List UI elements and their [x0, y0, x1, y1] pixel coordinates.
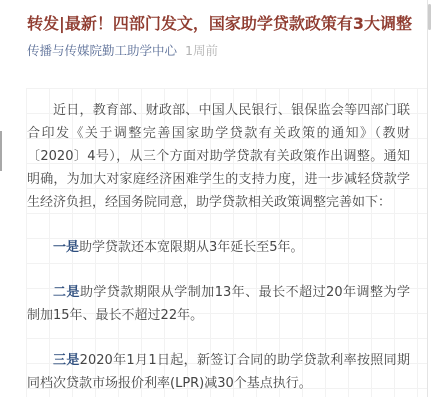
paragraph-lead: 二是	[53, 285, 80, 300]
paragraph-text: 助学贷款还本宽限期从3年延长至5年。	[79, 240, 304, 255]
paragraph-text: 近日，教育部、财政部、中国人民银行、银保监会等四部门联合印发《关于调整完善国家助…	[27, 103, 410, 210]
article-paragraph: 近日，教育部、财政部、中国人民银行、银保监会等四部门联合印发《关于调整完善国家助…	[27, 99, 410, 214]
paragraph-text: 助学贷款期限从学制加13年、最长不超过20年调整为学制加15年、最长不超过22年…	[27, 285, 410, 323]
author-link[interactable]: 传播与传媒院勤工助学中心	[27, 43, 177, 58]
byline: 传播与传媒院勤工助学中心1周前	[27, 43, 410, 59]
article-content: 转发|最新！四部门发文，国家助学贷款政策有3大调整 传播与传媒院勤工助学中心1周…	[0, 12, 438, 395]
publish-time: 1周前	[185, 43, 218, 58]
paragraph-lead: 三是	[53, 353, 80, 368]
article-paragraph: 一是助学贷款还本宽限期从3年延长至5年。	[27, 236, 410, 259]
paragraph-text: 2020年1月1日起，新签订合同的助学贷款利率按照同期同档次贷款市场报价利率(L…	[27, 353, 410, 391]
article-page: 转发|最新！四部门发文，国家助学贷款政策有3大调整 传播与传媒院勤工助学中心1周…	[0, 0, 438, 411]
article-title: 转发|最新！四部门发文，国家助学贷款政策有3大调整	[27, 12, 410, 35]
article-body: 近日，教育部、财政部、中国人民银行、银保监会等四部门联合印发《关于调整完善国家助…	[27, 99, 410, 395]
article-paragraph: 二是助学贷款期限从学制加13年、最长不超过20年调整为学制加15年、最长不超过2…	[27, 281, 410, 327]
article-paragraph: 三是2020年1月1日起，新签订合同的助学贷款利率按照同期同档次贷款市场报价利率…	[27, 349, 410, 395]
paragraph-lead: 一是	[53, 240, 79, 255]
